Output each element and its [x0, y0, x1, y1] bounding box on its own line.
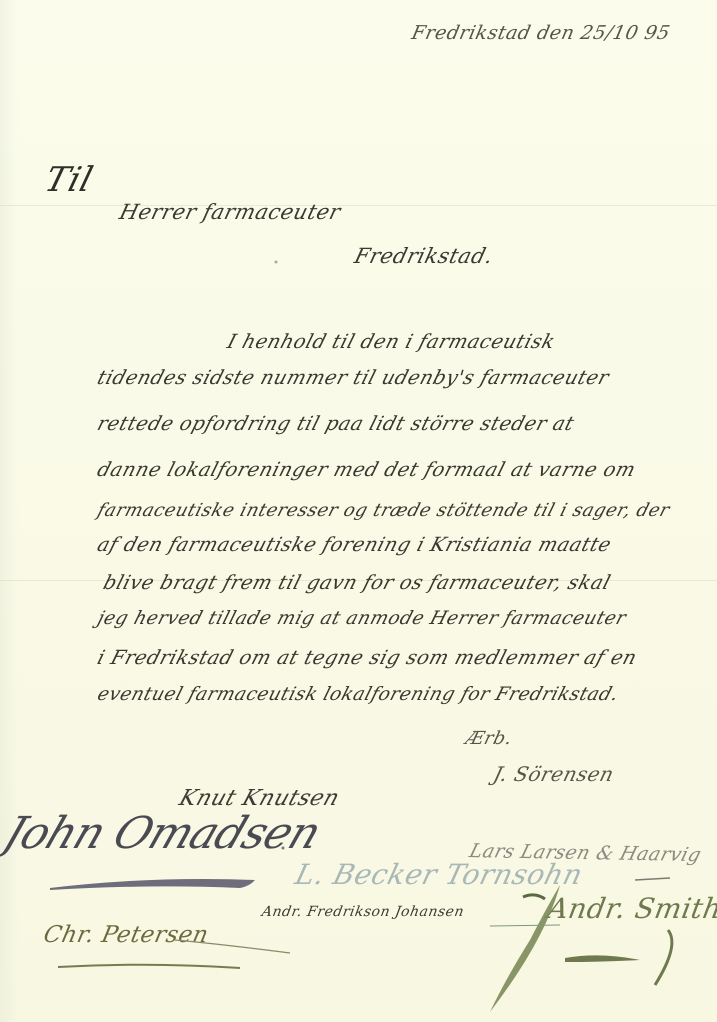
letter-paper: Fredrikstad den 25/10 95 Til Herrer farm… — [0, 0, 717, 1022]
signature-flourishes — [0, 0, 717, 1022]
